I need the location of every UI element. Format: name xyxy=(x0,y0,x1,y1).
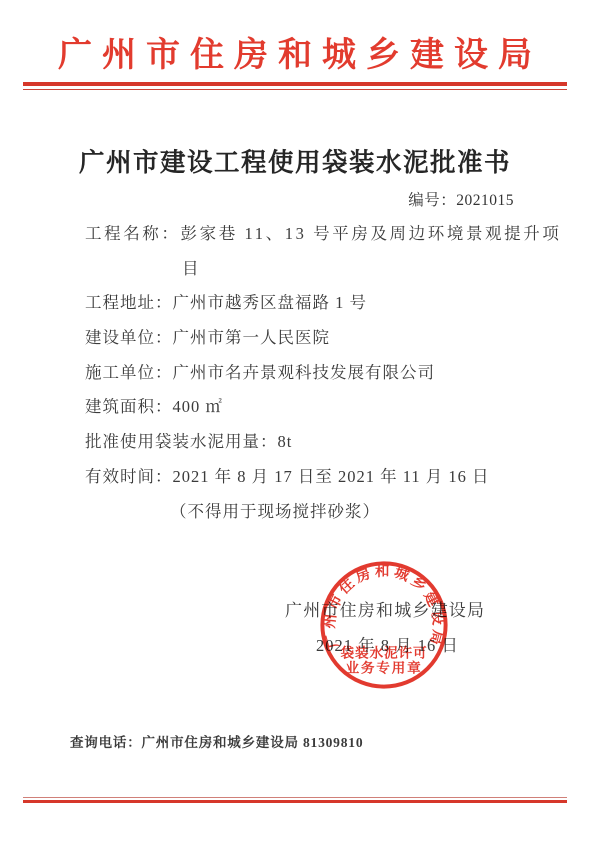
seal-purpose-line: 业务专用章 xyxy=(346,660,423,676)
field-row-contractor: 施工单位：广州市名卉景观科技发展有限公司 xyxy=(0,356,590,391)
letterhead-org-name: 广州市住房和城乡建设局 xyxy=(0,27,590,76)
header-rule-thin xyxy=(23,89,567,90)
document-page: 广州市住房和城乡建设局 广州市建设工程使用袋装水泥批准书 编号：2021015 … xyxy=(0,0,590,844)
field-value: 广州市第一人民医院 xyxy=(173,328,331,347)
field-value: 彭家巷 11、13 号平房及周边环境景观提升项 xyxy=(181,224,562,243)
field-row-project-name-wrap: 目 xyxy=(0,252,590,287)
field-value: 目 xyxy=(182,259,200,278)
document-number-value: 2021015 xyxy=(456,192,514,209)
document-number-label: 编号： xyxy=(408,192,456,209)
field-label: 工程地址： xyxy=(85,293,173,312)
field-label: 有效时间： xyxy=(85,467,173,486)
inquiry-phone-line: 查询电话：广州市住房和城乡建设局 81309810 xyxy=(70,731,363,751)
field-value: 2021 年 8 月 17 日至 2021 年 11 月 16 日 xyxy=(173,467,490,486)
field-label: 施工单位： xyxy=(85,363,173,382)
field-row-project-address: 工程地址：广州市越秀区盘福路 1 号 xyxy=(0,286,590,321)
field-value: 400 ㎡ xyxy=(173,397,223,416)
seal-ring-text: 广州市住房和城乡建设局 xyxy=(321,562,448,650)
field-label: 批准使用袋装水泥用量： xyxy=(85,432,278,451)
official-seal-stamp: 广州市住房和城乡建设局 袋装水泥许可 业务专用章 xyxy=(318,559,450,691)
restriction-note: （不得用于现场搅拌砂浆） xyxy=(0,495,590,530)
field-value: 广州市越秀区盘福路 1 号 xyxy=(173,293,368,312)
field-value: 8t xyxy=(278,432,293,451)
field-row-construction-owner: 建设单位：广州市第一人民医院 xyxy=(0,321,590,356)
document-title: 广州市建设工程使用袋装水泥批准书 xyxy=(0,143,590,179)
document-number: 编号：2021015 xyxy=(408,188,514,210)
field-label: 建筑面积： xyxy=(85,397,173,416)
field-row-valid-period: 有效时间：2021 年 8 月 17 日至 2021 年 11 月 16 日 xyxy=(0,460,590,495)
field-row-project-name: 工程名称：彭家巷 11、13 号平房及周边环境景观提升项 xyxy=(0,217,590,252)
footer-rule-thick xyxy=(23,800,567,803)
seal-permit-line: 袋装水泥许可 xyxy=(340,645,427,661)
footer-rule-thin xyxy=(23,797,567,798)
field-label: 工程名称： xyxy=(85,224,181,243)
field-row-floor-area: 建筑面积：400 ㎡ xyxy=(0,390,590,425)
field-label: 建设单位： xyxy=(85,328,173,347)
field-row-approved-cement-amount: 批准使用袋装水泥用量：8t xyxy=(0,425,590,460)
fields-section: 工程名称：彭家巷 11、13 号平房及周边环境景观提升项 目 工程地址：广州市越… xyxy=(0,217,590,529)
field-value: 广州市名卉景观科技发展有限公司 xyxy=(173,363,436,382)
header-rule-thick xyxy=(23,82,567,86)
